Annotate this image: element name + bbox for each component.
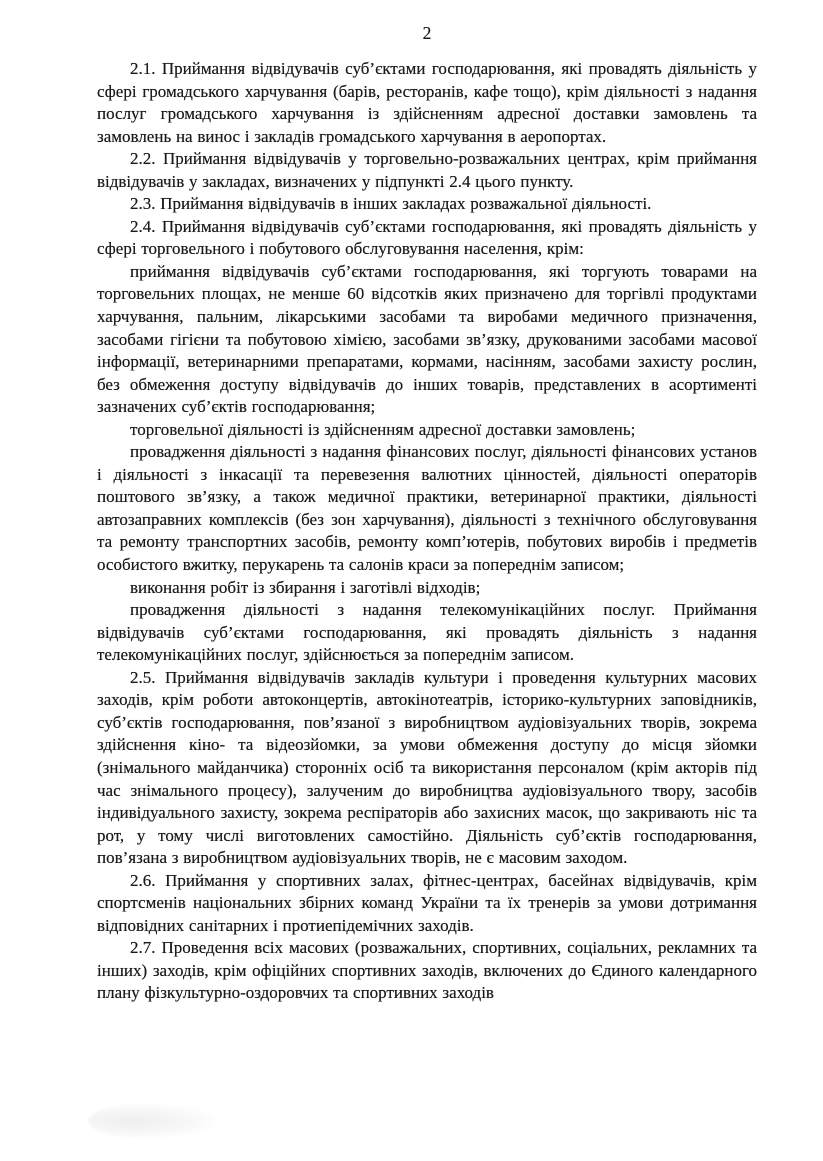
paragraph: провадження діяльності з надання фінансо…	[97, 441, 757, 576]
paragraph: 2.5. Приймання відвідувачів закладів кул…	[97, 667, 757, 870]
document-body: 2.1. Приймання відвідувачів суб’єктами г…	[97, 58, 757, 1005]
paragraph: приймання відвідувачів суб’єктами господ…	[97, 261, 757, 419]
paragraph: виконання робіт із збирання і заготівлі …	[97, 577, 757, 600]
paragraph: 2.6. Приймання у спортивних залах, фітне…	[97, 870, 757, 938]
paragraph: торговельної діяльності із здійсненням а…	[97, 419, 757, 442]
paragraph: 2.3. Приймання відвідувачів в інших закл…	[97, 193, 757, 216]
paragraph: провадження діяльності з надання телеком…	[97, 599, 757, 667]
page-content: 2 2.1. Приймання відвідувачів суб’єктами…	[0, 0, 823, 1005]
paragraph: 2.1. Приймання відвідувачів суб’єктами г…	[97, 58, 757, 148]
paragraph: 2.4. Приймання відвідувачів суб’єктами г…	[97, 216, 757, 261]
scan-smudge-artifact	[88, 1103, 218, 1139]
paragraph: 2.2. Приймання відвідувачів у торговельн…	[97, 148, 757, 193]
paragraph: 2.7. Проведення всіх масових (розважальн…	[97, 937, 757, 1005]
page-number: 2	[97, 23, 757, 44]
scanned-document-page: 2 2.1. Приймання відвідувачів суб’єктами…	[0, 0, 823, 1161]
